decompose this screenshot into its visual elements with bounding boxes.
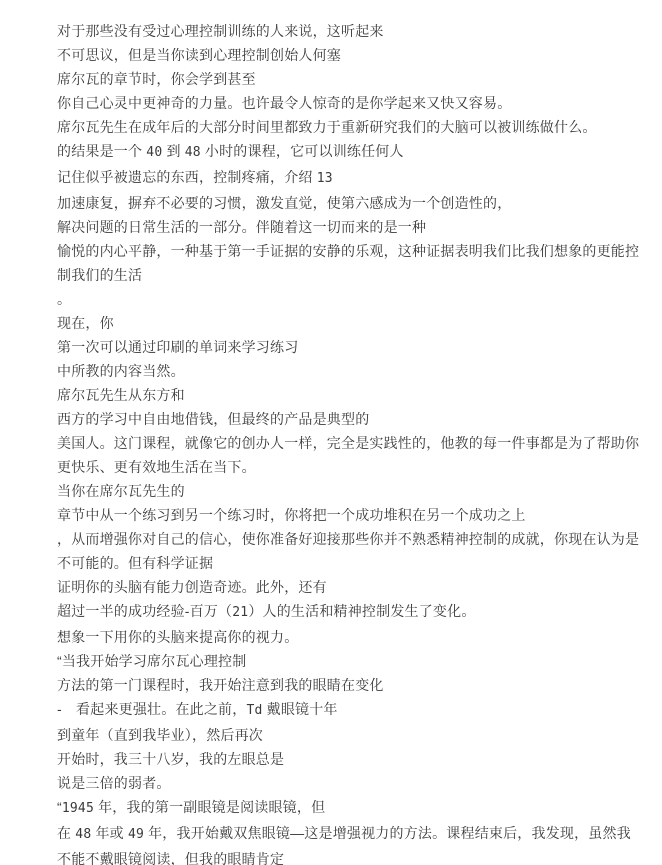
text-line: 愉悦的内心平静，一种基于第一手证据的安静的乐观，这种证据表明我们比我们想象的更能… bbox=[57, 239, 642, 263]
text-line: 现在，你 bbox=[57, 311, 642, 335]
text-line: 章节中从一个练习到另一个练习时，你将把一个成功堆积在另一个成功之上 bbox=[57, 503, 642, 527]
text-line: 到童年（直到我毕业），然后再次 bbox=[57, 723, 642, 747]
latin-text: 48 bbox=[185, 145, 201, 160]
text-line: 不可思议，但是当你读到心理控制创始人何塞 bbox=[57, 43, 642, 67]
text-line: 不可能的。但有科学证据 bbox=[57, 551, 642, 575]
text-line: 席尔瓦先生从东方和 bbox=[57, 383, 642, 407]
latin-text: 1945 bbox=[62, 801, 94, 816]
text-line: 席尔瓦的章节时，你会学到甚至 bbox=[57, 67, 642, 91]
text-line: 证明你的头脑有能力创造奇迹。此外，还有 bbox=[57, 575, 642, 599]
text-line: 中所教的内容当然。 bbox=[57, 359, 642, 383]
latin-text: 48 bbox=[75, 827, 91, 842]
text-line: 对于那些没有受过心理控制训练的人来说，这听起来 bbox=[57, 19, 642, 43]
document-text: 对于那些没有受过心理控制训练的人来说，这听起来不可思议，但是当你读到心理控制创始… bbox=[0, 0, 662, 865]
text-line: 开始时，我三十八岁，我的左眼总是 bbox=[57, 747, 642, 771]
text-line: 想象一下用你的头脑来提高你的视力。 bbox=[57, 625, 642, 649]
text-line: 你自己心灵中更神奇的力量。也许最令人惊奇的是你学起来又快又容易。 bbox=[57, 91, 642, 115]
latin-text: 13 bbox=[317, 171, 333, 186]
text-line: 当你在席尔瓦先生的 bbox=[57, 479, 642, 503]
document-page: 对于那些没有受过心理控制训练的人来说，这听起来不可思议，但是当你读到心理控制创始… bbox=[0, 0, 662, 865]
text-line: 第一次可以通过印刷的单词来学习练习 bbox=[57, 335, 642, 359]
text-line: 解决问题的日常生活的一部分。伴随着这一切而来的是一种 bbox=[57, 215, 642, 239]
text-line: 加速康复，摒弃不必要的习惯，激发直觉，使第六感成为一个创造性的， bbox=[57, 191, 642, 215]
text-line: 不能不戴眼镜阅读，但我的眼睛肯定 bbox=[57, 847, 642, 865]
text-line: 制我们的生活 bbox=[57, 263, 642, 287]
text-line: 更快乐、更有效地生活在当下。 bbox=[57, 455, 642, 479]
latin-text: 40 bbox=[146, 145, 162, 160]
latin-text: 21 bbox=[232, 605, 248, 620]
text-line: 美国人。这门课程，就像它的创办人一样，完全是实践性的，他教的每一件事都是为了帮助… bbox=[57, 431, 642, 455]
text-line: 方法的第一门课程时，我开始注意到我的眼睛在变化 bbox=[57, 673, 642, 697]
text-line: - 看起来更强壮。在此之前，Td 戴眼镜十年 bbox=[57, 697, 642, 723]
text-line: 西方的学习中自由地借钱，但最终的产品是典型的 bbox=[57, 407, 642, 431]
latin-text: 49 bbox=[128, 827, 144, 842]
text-line: 的结果是一个 40 到 48 小时的课程，它可以训练任何人 bbox=[57, 139, 642, 165]
text-line: 超过一半的成功经验-百万（21）人的生活和精神控制发生了变化。 bbox=[57, 599, 642, 625]
text-line: 记住似乎被遗忘的东西，控制疼痛，介绍 13 bbox=[57, 165, 642, 191]
text-line: 说是三倍的弱者。 bbox=[57, 771, 642, 795]
text-line: 。 bbox=[57, 287, 642, 311]
text-line: ，从而增强你对自己的信心，使你准备好迎接那些你并不熟悉精神控制的成就，你现在认为… bbox=[57, 527, 642, 551]
text-line: “1945 年，我的第一副眼镜是阅读眼镜，但 bbox=[57, 795, 642, 821]
text-line: 在 48 年或 49 年，我开始戴双焦眼镜—这是增强视力的方法。课程结束后，我发… bbox=[57, 821, 642, 847]
text-line: “当我开始学习席尔瓦心理控制 bbox=[57, 649, 642, 673]
text-line: 席尔瓦先生在成年后的大部分时间里都致力于重新研究我们的大脑可以被训练做什么。 bbox=[57, 115, 642, 139]
latin-text: Td bbox=[246, 703, 262, 718]
